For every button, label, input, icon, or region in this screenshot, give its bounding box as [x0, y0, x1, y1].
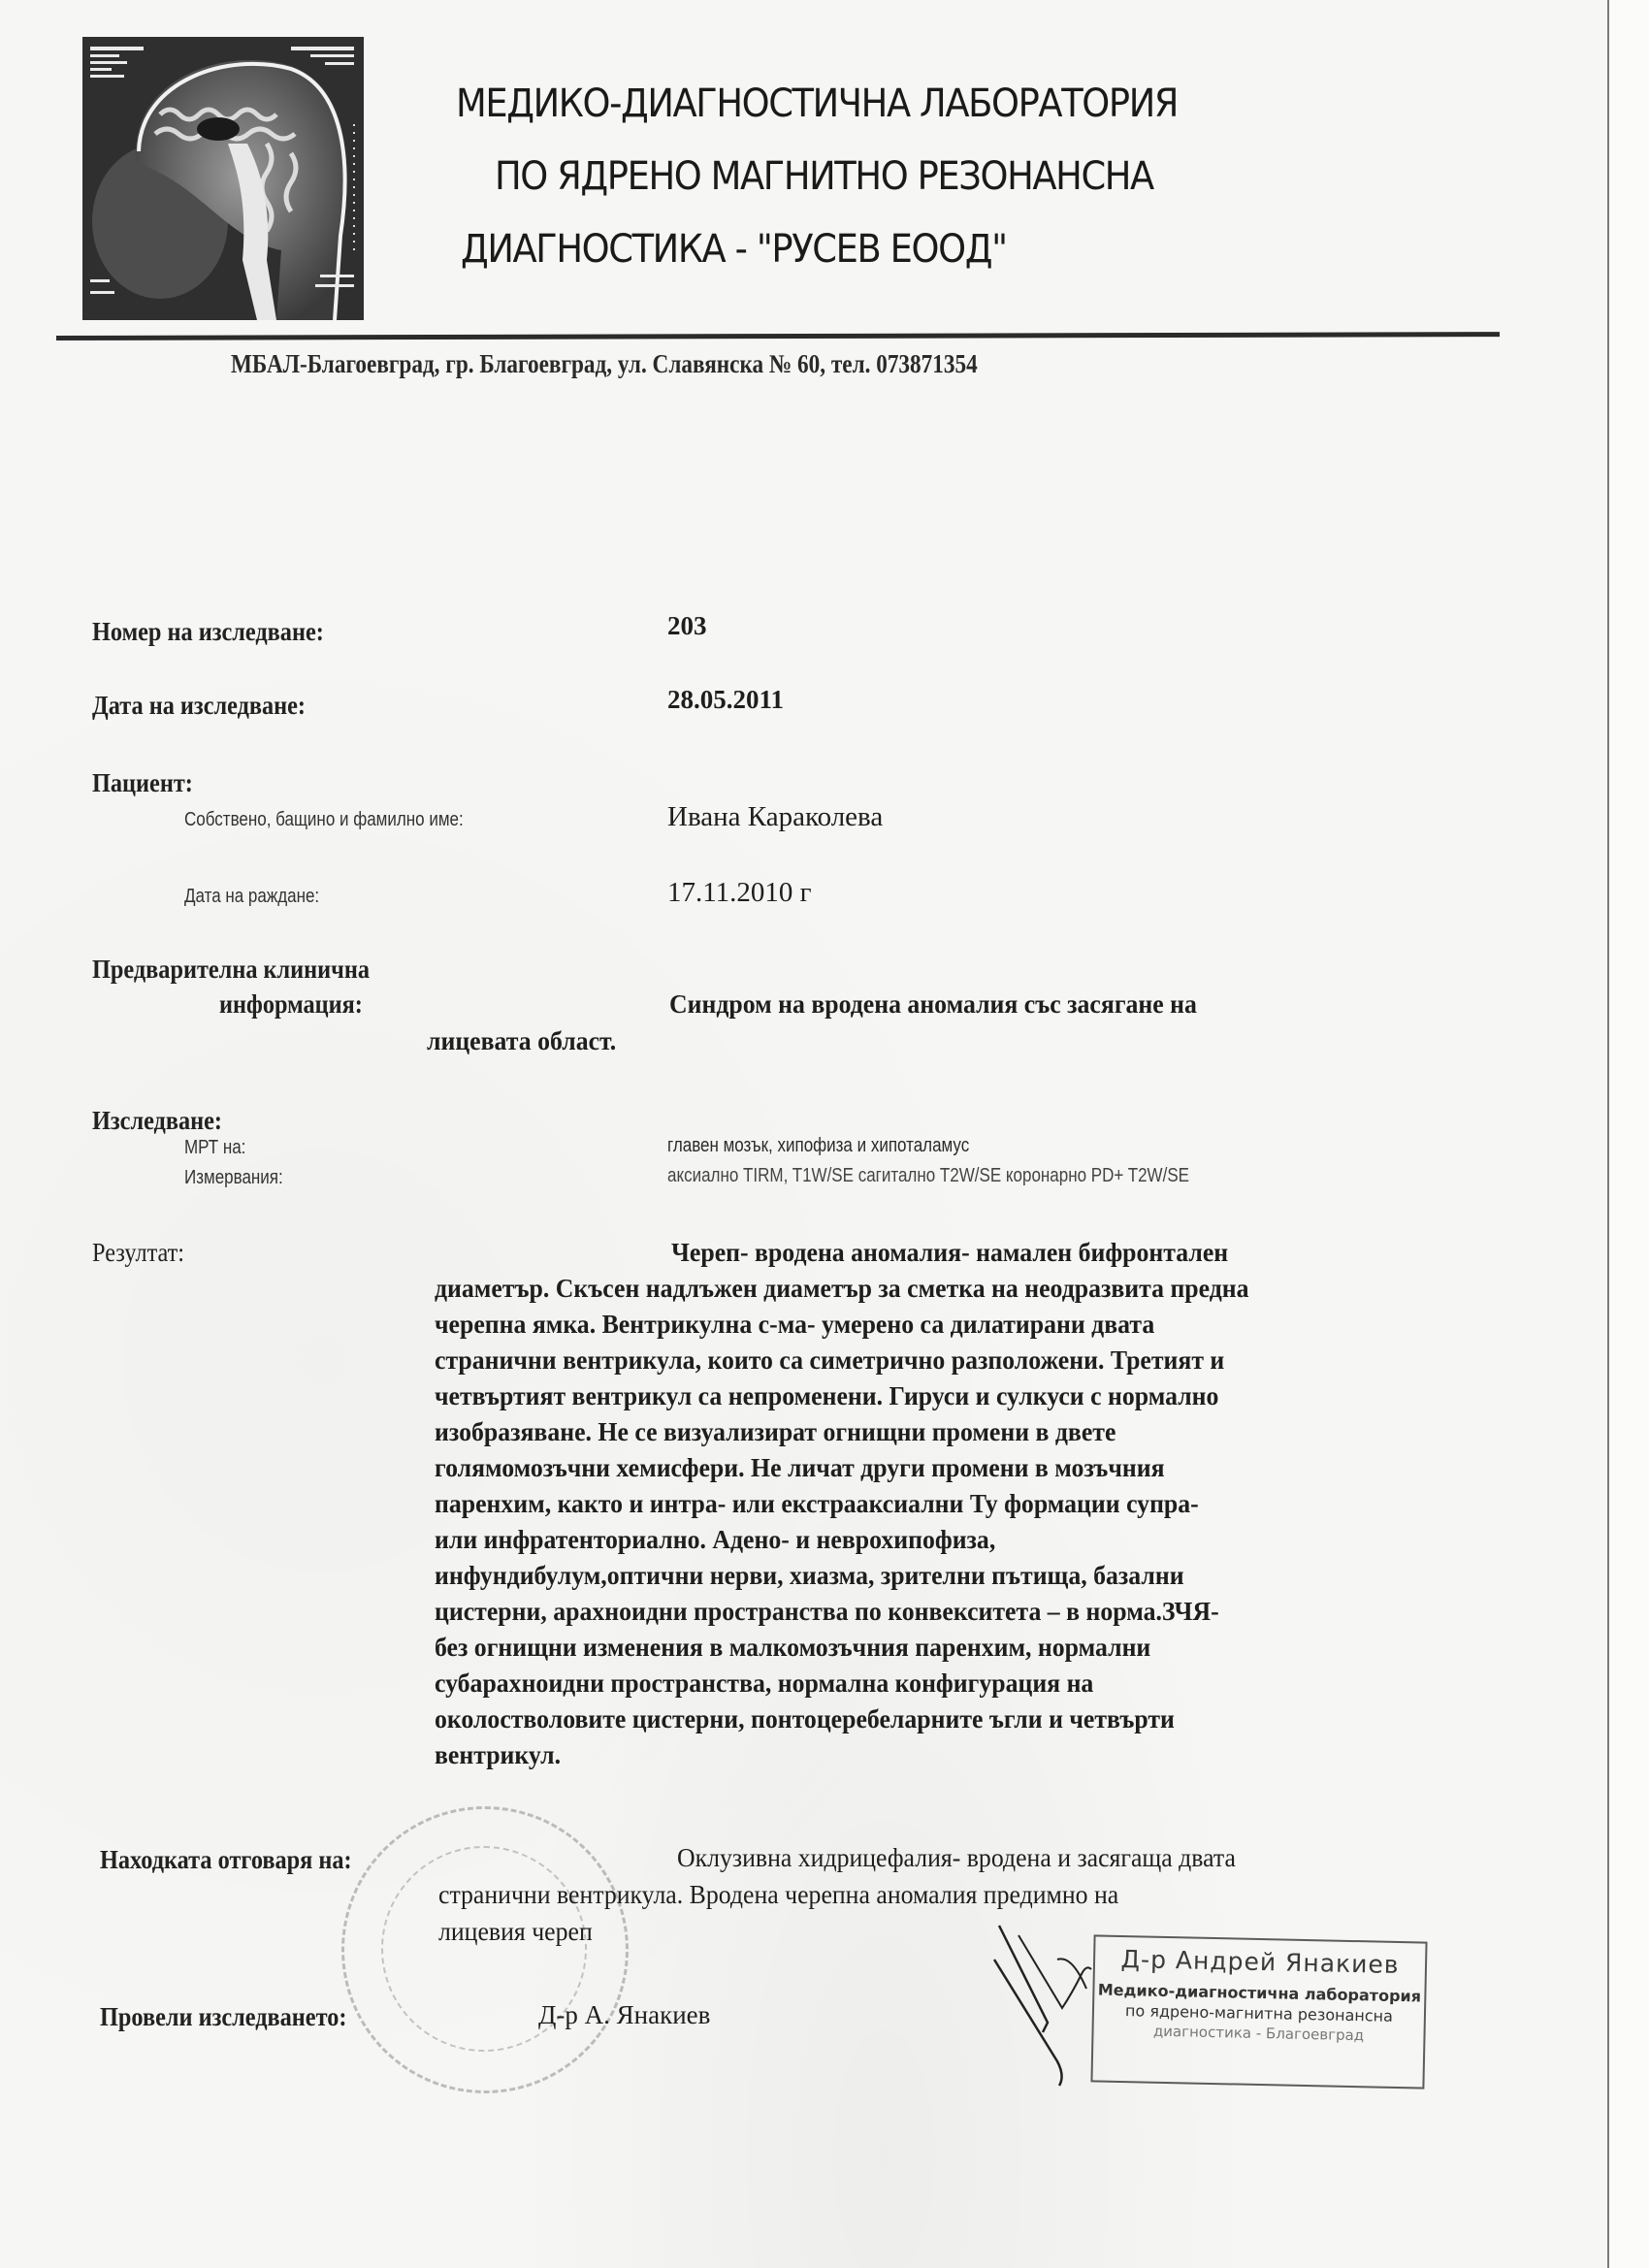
performed-by-label: Провели изследването:	[100, 2002, 346, 2032]
findings-line: Оклузивна хидрицефалия- вродена и засяга…	[677, 1843, 1236, 1873]
lab-title-line-1: МЕДИКО-ДИАГНОСТИЧНА ЛАБОРАТОРИЯ	[456, 81, 1178, 126]
result-line: странични вентрикула, които са симетричн…	[435, 1345, 1224, 1376]
patient-name-value: Ивана Караколева	[667, 801, 883, 833]
measurements-label: Измервания:	[184, 1167, 283, 1189]
patient-section-label: Пациент:	[92, 768, 193, 798]
performed-by-value: Д-р А. Янакиев	[538, 2000, 710, 2030]
measurements-value: аксиално TIRM, T1W/SE сагитално T2W/SE к…	[667, 1165, 1189, 1187]
findings-label: Находката отговаря на:	[100, 1845, 352, 1875]
scanned-page: МЕДИКО-ДИАГНОСТИЧНА ЛАБОРАТОРИЯ ПО ЯДРЕН…	[0, 0, 1609, 2268]
round-seal-stamp	[341, 1806, 629, 2093]
result-line: вентрикул.	[435, 1740, 561, 1770]
patient-name-label: Собствено, бащино и фамилно име:	[184, 809, 464, 831]
result-line: без огнищни изменения в малкомозъчния па…	[435, 1633, 1150, 1663]
result-line: цистерни, арахноидни пространства по кон…	[435, 1597, 1219, 1627]
handwritten-signature-icon	[989, 1916, 1096, 2090]
exam-number-label: Номер на изследване:	[92, 617, 324, 647]
lab-address: МБАЛ-Благоевград, гр. Благоевград, ул. С…	[231, 349, 978, 379]
exam-number-value: 203	[667, 611, 707, 641]
result-line: околостволовите цистерни, понтоцеребелар…	[435, 1704, 1175, 1734]
result-line: субарахноидни пространства, нормална кон…	[435, 1669, 1093, 1699]
birth-date-label: Дата на раждане:	[184, 886, 319, 908]
result-line: изобразяване. Не се визуализират огнищни…	[435, 1417, 1115, 1447]
brain-mri-logo-icon	[82, 37, 364, 320]
exam-date-value: 28.05.2011	[667, 685, 784, 715]
clinical-info-value-line-1: Синдром на вродена аномалия със засягане…	[669, 989, 1197, 1020]
clinical-info-label-line-2: информация:	[219, 989, 363, 1020]
clinical-info-value-line-2: лицевата област.	[427, 1026, 616, 1056]
result-line: инфундибулум,оптични нерви, хиазма, зрит…	[435, 1561, 1184, 1591]
result-line: Череп- вродена аномалия- намален бифронт…	[671, 1238, 1228, 1268]
stamp-doctor-name: Д-р Андрей Янакиев	[1095, 1944, 1426, 1979]
result-line: или инфратенториално. Адено- и неврохипо…	[435, 1525, 995, 1555]
findings-line: лицевия череп	[438, 1917, 593, 1947]
result-line: паренхим, както и интра- или екстрааксиа…	[435, 1489, 1199, 1519]
lab-title-line-3: ДИАГНОСТИКА - "РУСЕВ ЕООД"	[461, 227, 1007, 272]
findings-line: странични вентрикула. Вродена черепна ан…	[438, 1880, 1118, 1910]
result-line: четвъртият вентрикул са непроменени. Гир…	[435, 1381, 1218, 1411]
exam-date-label: Дата на изследване:	[92, 691, 306, 721]
clinical-info-label-line-1: Предварителна клинична	[92, 955, 370, 985]
mri-of-label: МРТ на:	[184, 1137, 245, 1159]
birth-date-value: 17.11.2010 г	[667, 877, 812, 909]
paper-texture	[0, 0, 1607, 2268]
study-section-label: Изследване:	[92, 1106, 222, 1136]
result-label: Резултат:	[92, 1238, 184, 1268]
result-line: голямомозъчни хемисфери. Не личат други …	[435, 1453, 1165, 1483]
result-line: черепна ямка. Вентрикулна с-ма- умерено …	[435, 1310, 1154, 1340]
doctor-name-stamp: Д-р Андрей Янакиев Медико-диагностична л…	[1090, 1934, 1427, 2089]
result-line: диаметър. Скъсен надлъжен диаметър за см…	[435, 1274, 1249, 1304]
lab-title-line-2: ПО ЯДРЕНО МАГНИТНО РЕЗОНАНСНА	[495, 154, 1153, 199]
mri-of-value: главен мозък, хипофиза и хипоталамус	[667, 1135, 969, 1157]
